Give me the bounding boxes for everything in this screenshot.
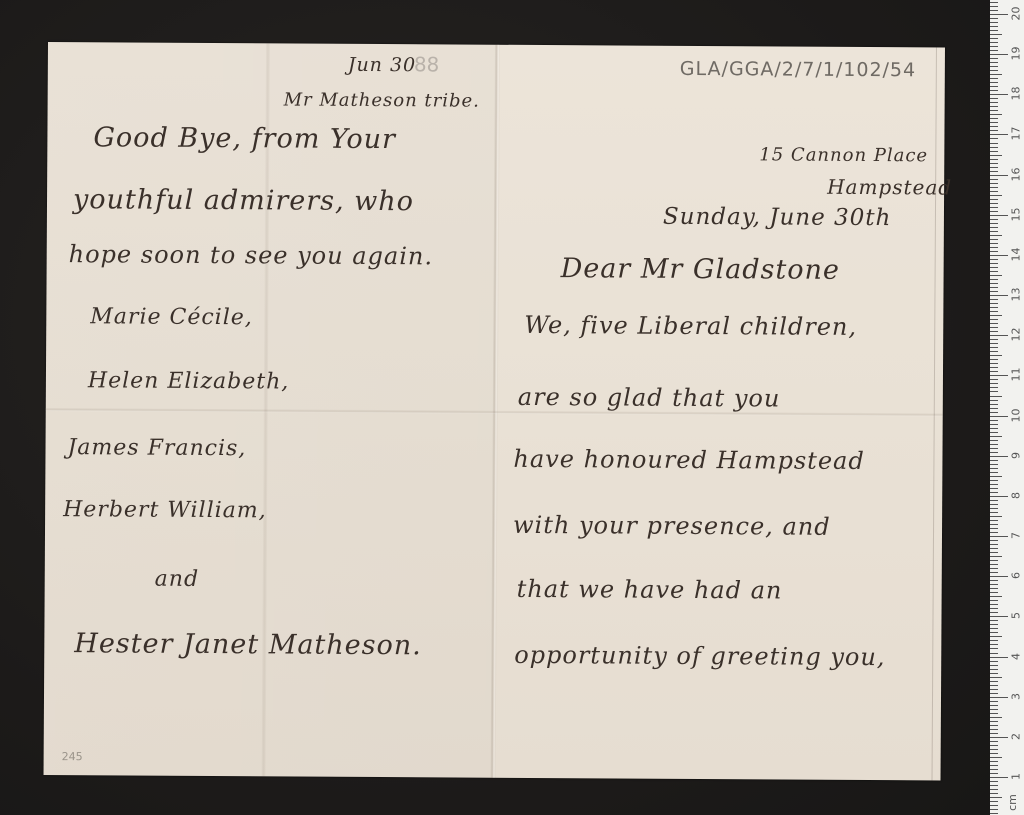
ruler-label: 2: [1010, 728, 1023, 744]
docket-note: Mr Matheson tribe.: [284, 89, 480, 111]
ruler-mm-tick: [990, 2, 998, 3]
ruler-mm-tick: [990, 74, 1002, 75]
ruler-mm-tick: [990, 138, 998, 139]
ruler-mm-tick: [990, 363, 998, 364]
ruler-mm-tick: [990, 34, 1002, 35]
address-line-1: 15 Cannon Place: [759, 144, 928, 166]
ruler-mm-tick: [990, 592, 998, 593]
ruler-unit-label: cm: [1006, 794, 1019, 811]
ruler-mm-tick: [990, 383, 998, 384]
ruler-cm-tick: [990, 496, 1008, 497]
ruler-mm-tick: [990, 693, 998, 694]
ruler-mm-tick: [990, 540, 998, 541]
ruler-mm-tick: [990, 741, 998, 742]
ruler-mm-tick: [990, 118, 998, 119]
ruler-mm-tick: [990, 801, 998, 802]
ruler-mm-tick: [990, 705, 998, 706]
closing-line-2: youthful admirers, who: [73, 184, 414, 217]
ruler-mm-tick: [990, 572, 998, 573]
ruler-mm-tick: [990, 191, 998, 192]
ruler-mm-tick: [990, 789, 998, 790]
ruler-mm-tick: [990, 130, 998, 131]
ruler-mm-tick: [990, 564, 998, 565]
ruler-mm-tick: [990, 327, 998, 328]
ruler-mm-tick: [990, 464, 998, 465]
ruler-mm-tick: [990, 584, 998, 585]
ruler-mm-tick: [990, 504, 998, 505]
ruler-mm-tick: [990, 769, 998, 770]
ruler-mm-tick: [990, 223, 998, 224]
ruler-mm-tick: [990, 102, 998, 103]
ruler-mm-tick: [990, 472, 998, 473]
body-line-1: We, five Liberal children,: [524, 311, 857, 341]
ruler-mm-tick: [990, 183, 998, 184]
ruler-mm-tick: [990, 219, 998, 220]
ruler-mm-tick: [990, 159, 998, 160]
ruler-mm-tick: [990, 809, 998, 810]
ruler-label: 5: [1010, 608, 1023, 624]
ruler-mm-tick: [990, 251, 998, 252]
ruler-cm-tick: [990, 657, 1008, 658]
ruler-mm-tick: [990, 299, 998, 300]
ruler-mm-tick: [990, 126, 998, 127]
ruler-mm-tick: [990, 387, 998, 388]
body-line-6: opportunity of greeting you,: [514, 641, 885, 671]
ruler-mm-tick: [990, 239, 998, 240]
ruler-mm-tick: [990, 428, 998, 429]
ruler-mm-tick: [990, 785, 998, 786]
ruler-mm-tick: [990, 516, 1002, 517]
ruler-mm-tick: [990, 644, 998, 645]
ruler-mm-tick: [990, 319, 998, 320]
ruler-mm-tick: [990, 167, 998, 168]
ruler-mm-tick: [990, 665, 998, 666]
ruler-mm-tick: [990, 50, 998, 51]
ruler-mm-tick: [990, 520, 998, 521]
ruler-mm-tick: [990, 681, 998, 682]
ruler-mm-tick: [990, 436, 1002, 437]
ruler-mm-tick: [990, 729, 998, 730]
ruler-mm-tick: [990, 632, 998, 633]
ruler-cm-tick: [990, 697, 1008, 698]
ruler-mm-tick: [990, 207, 998, 208]
scale-ruler: cm 1234567891011121314151617181920: [990, 0, 1024, 815]
ruler-mm-tick: [990, 596, 1002, 597]
letter-date: Sunday, June 30th: [663, 204, 892, 231]
ruler-mm-tick: [990, 86, 998, 87]
ruler-label: 7: [1010, 528, 1023, 544]
ruler-mm-tick: [990, 432, 998, 433]
ruler-mm-tick: [990, 404, 998, 405]
ruler-mm-tick: [990, 38, 998, 39]
ruler-mm-tick: [990, 508, 998, 509]
body-line-4: with your presence, and: [513, 511, 831, 541]
ruler-mm-tick: [990, 500, 998, 501]
ruler-mm-tick: [990, 331, 998, 332]
ruler-mm-tick: [990, 396, 1002, 397]
ruler-mm-tick: [990, 753, 998, 754]
ruler-mm-tick: [990, 78, 998, 79]
ruler-mm-tick: [990, 263, 998, 264]
ruler-mm-tick: [990, 568, 998, 569]
ruler-label: 12: [1010, 327, 1023, 343]
ruler-label: 8: [1010, 487, 1023, 503]
ruler-mm-tick: [990, 528, 998, 529]
ruler-mm-tick: [990, 247, 998, 248]
ruler-mm-tick: [990, 343, 998, 344]
ruler-mm-tick: [990, 653, 998, 654]
ruler-mm-tick: [990, 721, 998, 722]
ruler-mm-tick: [990, 717, 1002, 718]
ruler-mm-tick: [990, 420, 998, 421]
ruler-mm-tick: [990, 600, 998, 601]
ruler-mm-tick: [990, 673, 998, 674]
ruler-mm-tick: [990, 90, 998, 91]
ruler-mm-tick: [990, 311, 998, 312]
address-line-2: Hampstead: [827, 175, 952, 200]
ruler-mm-tick: [990, 287, 998, 288]
ruler-mm-tick: [990, 235, 1002, 236]
ruler-label: 4: [1010, 648, 1023, 664]
ruler-cm-tick: [990, 576, 1008, 577]
ruler-mm-tick: [990, 195, 1002, 196]
ruler-mm-tick: [990, 147, 998, 148]
ruler-mm-tick: [990, 22, 998, 23]
ruler-mm-tick: [990, 371, 998, 372]
ruler-label: 19: [1010, 46, 1023, 62]
ruler-mm-tick: [990, 733, 998, 734]
ruler-mm-tick: [990, 18, 998, 19]
ruler-mm-tick: [990, 231, 998, 232]
docket-date: Jun 30: [348, 54, 416, 76]
ruler-mm-tick: [990, 347, 998, 348]
ruler-mm-tick: [990, 110, 998, 111]
ruler-mm-tick: [990, 661, 998, 662]
ruler-mm-tick: [990, 452, 998, 453]
ruler-cm-tick: [990, 777, 1008, 778]
ruler-mm-tick: [990, 669, 998, 670]
ruler-mm-tick: [990, 155, 1002, 156]
ruler-label: 11: [1010, 367, 1023, 383]
closing-line-3: hope soon to see you again.: [69, 240, 433, 270]
ruler-mm-tick: [990, 588, 998, 589]
ruler-mm-tick: [990, 488, 998, 489]
ruler-mm-tick: [990, 604, 998, 605]
ruler-mm-tick: [990, 460, 998, 461]
ruler-mm-tick: [990, 793, 998, 794]
ruler-label: 15: [1010, 206, 1023, 222]
ruler-mm-tick: [990, 636, 1002, 637]
ruler-mm-tick: [990, 122, 998, 123]
ruler-label: 17: [1010, 126, 1023, 142]
ruler-mm-tick: [990, 307, 998, 308]
ruler-label: 6: [1010, 568, 1023, 584]
ruler-mm-tick: [990, 677, 1002, 678]
ruler-mm-tick: [990, 163, 998, 164]
ruler-label: 14: [1010, 246, 1023, 262]
ruler-label: 9: [1010, 447, 1023, 463]
ruler-mm-tick: [990, 187, 998, 188]
ruler-mm-tick: [990, 556, 1002, 557]
ruler-mm-tick: [990, 315, 1002, 316]
ruler-cm-tick: [990, 536, 1008, 537]
ruler-mm-tick: [990, 628, 998, 629]
ruler-label: 1: [1010, 769, 1023, 785]
ruler-mm-tick: [990, 480, 998, 481]
ruler-mm-tick: [990, 279, 998, 280]
ruler-mm-tick: [990, 106, 998, 107]
ruler-mm-tick: [990, 275, 1002, 276]
ruler-mm-tick: [990, 757, 1002, 758]
ruler-mm-tick: [990, 492, 998, 493]
ruler-mm-tick: [990, 243, 998, 244]
ruler-mm-tick: [990, 379, 998, 380]
ruler-mm-tick: [990, 400, 998, 401]
ruler-mm-tick: [990, 339, 998, 340]
ruler-cm-tick: [990, 375, 1008, 376]
ruler-mm-tick: [990, 259, 998, 260]
ruler-cm-tick: [990, 94, 1008, 95]
ruler-mm-tick: [990, 512, 998, 513]
ruler-mm-tick: [990, 58, 998, 59]
ruler-mm-tick: [990, 773, 998, 774]
ruler-mm-tick: [990, 391, 998, 392]
ruler-mm-tick: [990, 283, 998, 284]
ruler-mm-tick: [990, 761, 998, 762]
body-line-3: have honoured Hampstead: [513, 445, 864, 475]
folio-number: 88: [414, 52, 440, 76]
ruler-mm-tick: [990, 42, 998, 43]
ruler-mm-tick: [990, 805, 998, 806]
ruler-label: 20: [1010, 6, 1023, 22]
ruler-mm-tick: [990, 424, 998, 425]
ruler-cm-tick: [990, 737, 1008, 738]
ruler-mm-tick: [990, 143, 998, 144]
ruler-cm-tick: [990, 255, 1008, 256]
ruler-mm-tick: [990, 552, 998, 553]
ruler-mm-tick: [990, 580, 998, 581]
ruler-mm-tick: [990, 10, 998, 11]
ruler-mm-tick: [990, 30, 998, 31]
ruler-mm-tick: [990, 612, 998, 613]
ruler-mm-tick: [990, 532, 998, 533]
ruler-mm-tick: [990, 745, 998, 746]
closing-line-1: Good Bye, from Your: [93, 122, 396, 155]
salutation: Dear Mr Gladstone: [561, 253, 840, 286]
ruler-mm-tick: [990, 548, 998, 549]
ruler-mm-tick: [990, 303, 998, 304]
signatory-conjunction: and: [155, 567, 200, 592]
ruler-mm-tick: [990, 813, 998, 814]
ruler-mm-tick: [990, 685, 998, 686]
ruler-label: 13: [1010, 287, 1023, 303]
signatory-2: Helen Elizabeth,: [88, 368, 290, 394]
ruler-mm-tick: [990, 408, 998, 409]
ruler-mm-tick: [990, 46, 998, 47]
ruler-mm-tick: [990, 765, 998, 766]
ruler-mm-tick: [990, 271, 998, 272]
ruler-label: 3: [1010, 688, 1023, 704]
ruler-mm-tick: [990, 524, 998, 525]
archive-reference: GLA/GGA/2/7/1/102/54: [680, 58, 916, 81]
ruler-mm-tick: [990, 359, 998, 360]
ruler-cm-tick: [990, 134, 1008, 135]
ruler-cm-tick: [990, 456, 1008, 457]
ruler-mm-tick: [990, 440, 998, 441]
signatory-1: Marie Cécile,: [90, 304, 253, 330]
ruler-mm-tick: [990, 689, 998, 690]
ruler-mm-tick: [990, 701, 998, 702]
ruler-mm-tick: [990, 468, 998, 469]
ruler-cm-tick: [990, 416, 1008, 417]
ruler-mm-tick: [990, 749, 998, 750]
ruler-mm-tick: [990, 484, 998, 485]
ruler-mm-tick: [990, 66, 998, 67]
body-line-5: that we have had an: [517, 575, 783, 605]
ruler-mm-tick: [990, 351, 998, 352]
ruler-mm-tick: [990, 171, 998, 172]
ruler-mm-tick: [990, 267, 998, 268]
body-line-2: are so glad that you: [518, 383, 781, 413]
ruler-mm-tick: [990, 203, 998, 204]
ruler-mm-tick: [990, 323, 998, 324]
ruler-cm-tick: [990, 54, 1008, 55]
ruler-mm-tick: [990, 781, 998, 782]
letter-sheet: GLA/GGA/2/7/1/102/54 Jun 30 88 Mr Mathes…: [44, 42, 945, 780]
ruler-cm-tick: [990, 295, 1008, 296]
ruler-mm-tick: [990, 227, 998, 228]
signatory-5: Hester Janet Matheson.: [74, 628, 422, 661]
ruler-mm-tick: [990, 444, 998, 445]
ruler-mm-tick: [990, 713, 998, 714]
ruler-mm-tick: [990, 211, 998, 212]
ruler-mm-tick: [990, 6, 998, 7]
ruler-mm-tick: [990, 544, 998, 545]
ruler-mm-tick: [990, 114, 1002, 115]
ruler-mm-tick: [990, 560, 998, 561]
ruler-label: 10: [1010, 407, 1023, 423]
ruler-cm-tick: [990, 215, 1008, 216]
ruler-cm-tick: [990, 175, 1008, 176]
page-number: 245: [62, 750, 83, 763]
ruler-mm-tick: [990, 640, 998, 641]
ruler-mm-tick: [990, 82, 998, 83]
ruler-mm-tick: [990, 355, 1002, 356]
ruler-mm-tick: [990, 709, 998, 710]
ruler-mm-tick: [990, 624, 998, 625]
ruler-mm-tick: [990, 179, 998, 180]
ruler-mm-tick: [990, 476, 1002, 477]
ruler-mm-tick: [990, 62, 998, 63]
ruler-mm-tick: [990, 199, 998, 200]
ruler-mm-tick: [990, 26, 998, 27]
ruler-mm-tick: [990, 367, 998, 368]
ruler-mm-tick: [990, 725, 998, 726]
ruler-mm-tick: [990, 412, 998, 413]
ruler-cm-tick: [990, 14, 1008, 15]
ruler-mm-tick: [990, 448, 998, 449]
ruler-mm-tick: [990, 98, 998, 99]
ruler-mm-tick: [990, 151, 998, 152]
signatory-4: Herbert William,: [63, 497, 267, 523]
ruler-label: 16: [1010, 166, 1023, 182]
signatory-3: James Francis,: [67, 435, 246, 461]
ruler-mm-tick: [990, 608, 998, 609]
ruler-mm-tick: [990, 797, 1002, 798]
ruler-cm-tick: [990, 335, 1008, 336]
ruler-label: 18: [1010, 86, 1023, 102]
ruler-mm-tick: [990, 648, 998, 649]
ruler-mm-tick: [990, 620, 998, 621]
ruler-mm-tick: [990, 291, 998, 292]
ruler-cm-tick: [990, 616, 1008, 617]
ruler-mm-tick: [990, 70, 998, 71]
